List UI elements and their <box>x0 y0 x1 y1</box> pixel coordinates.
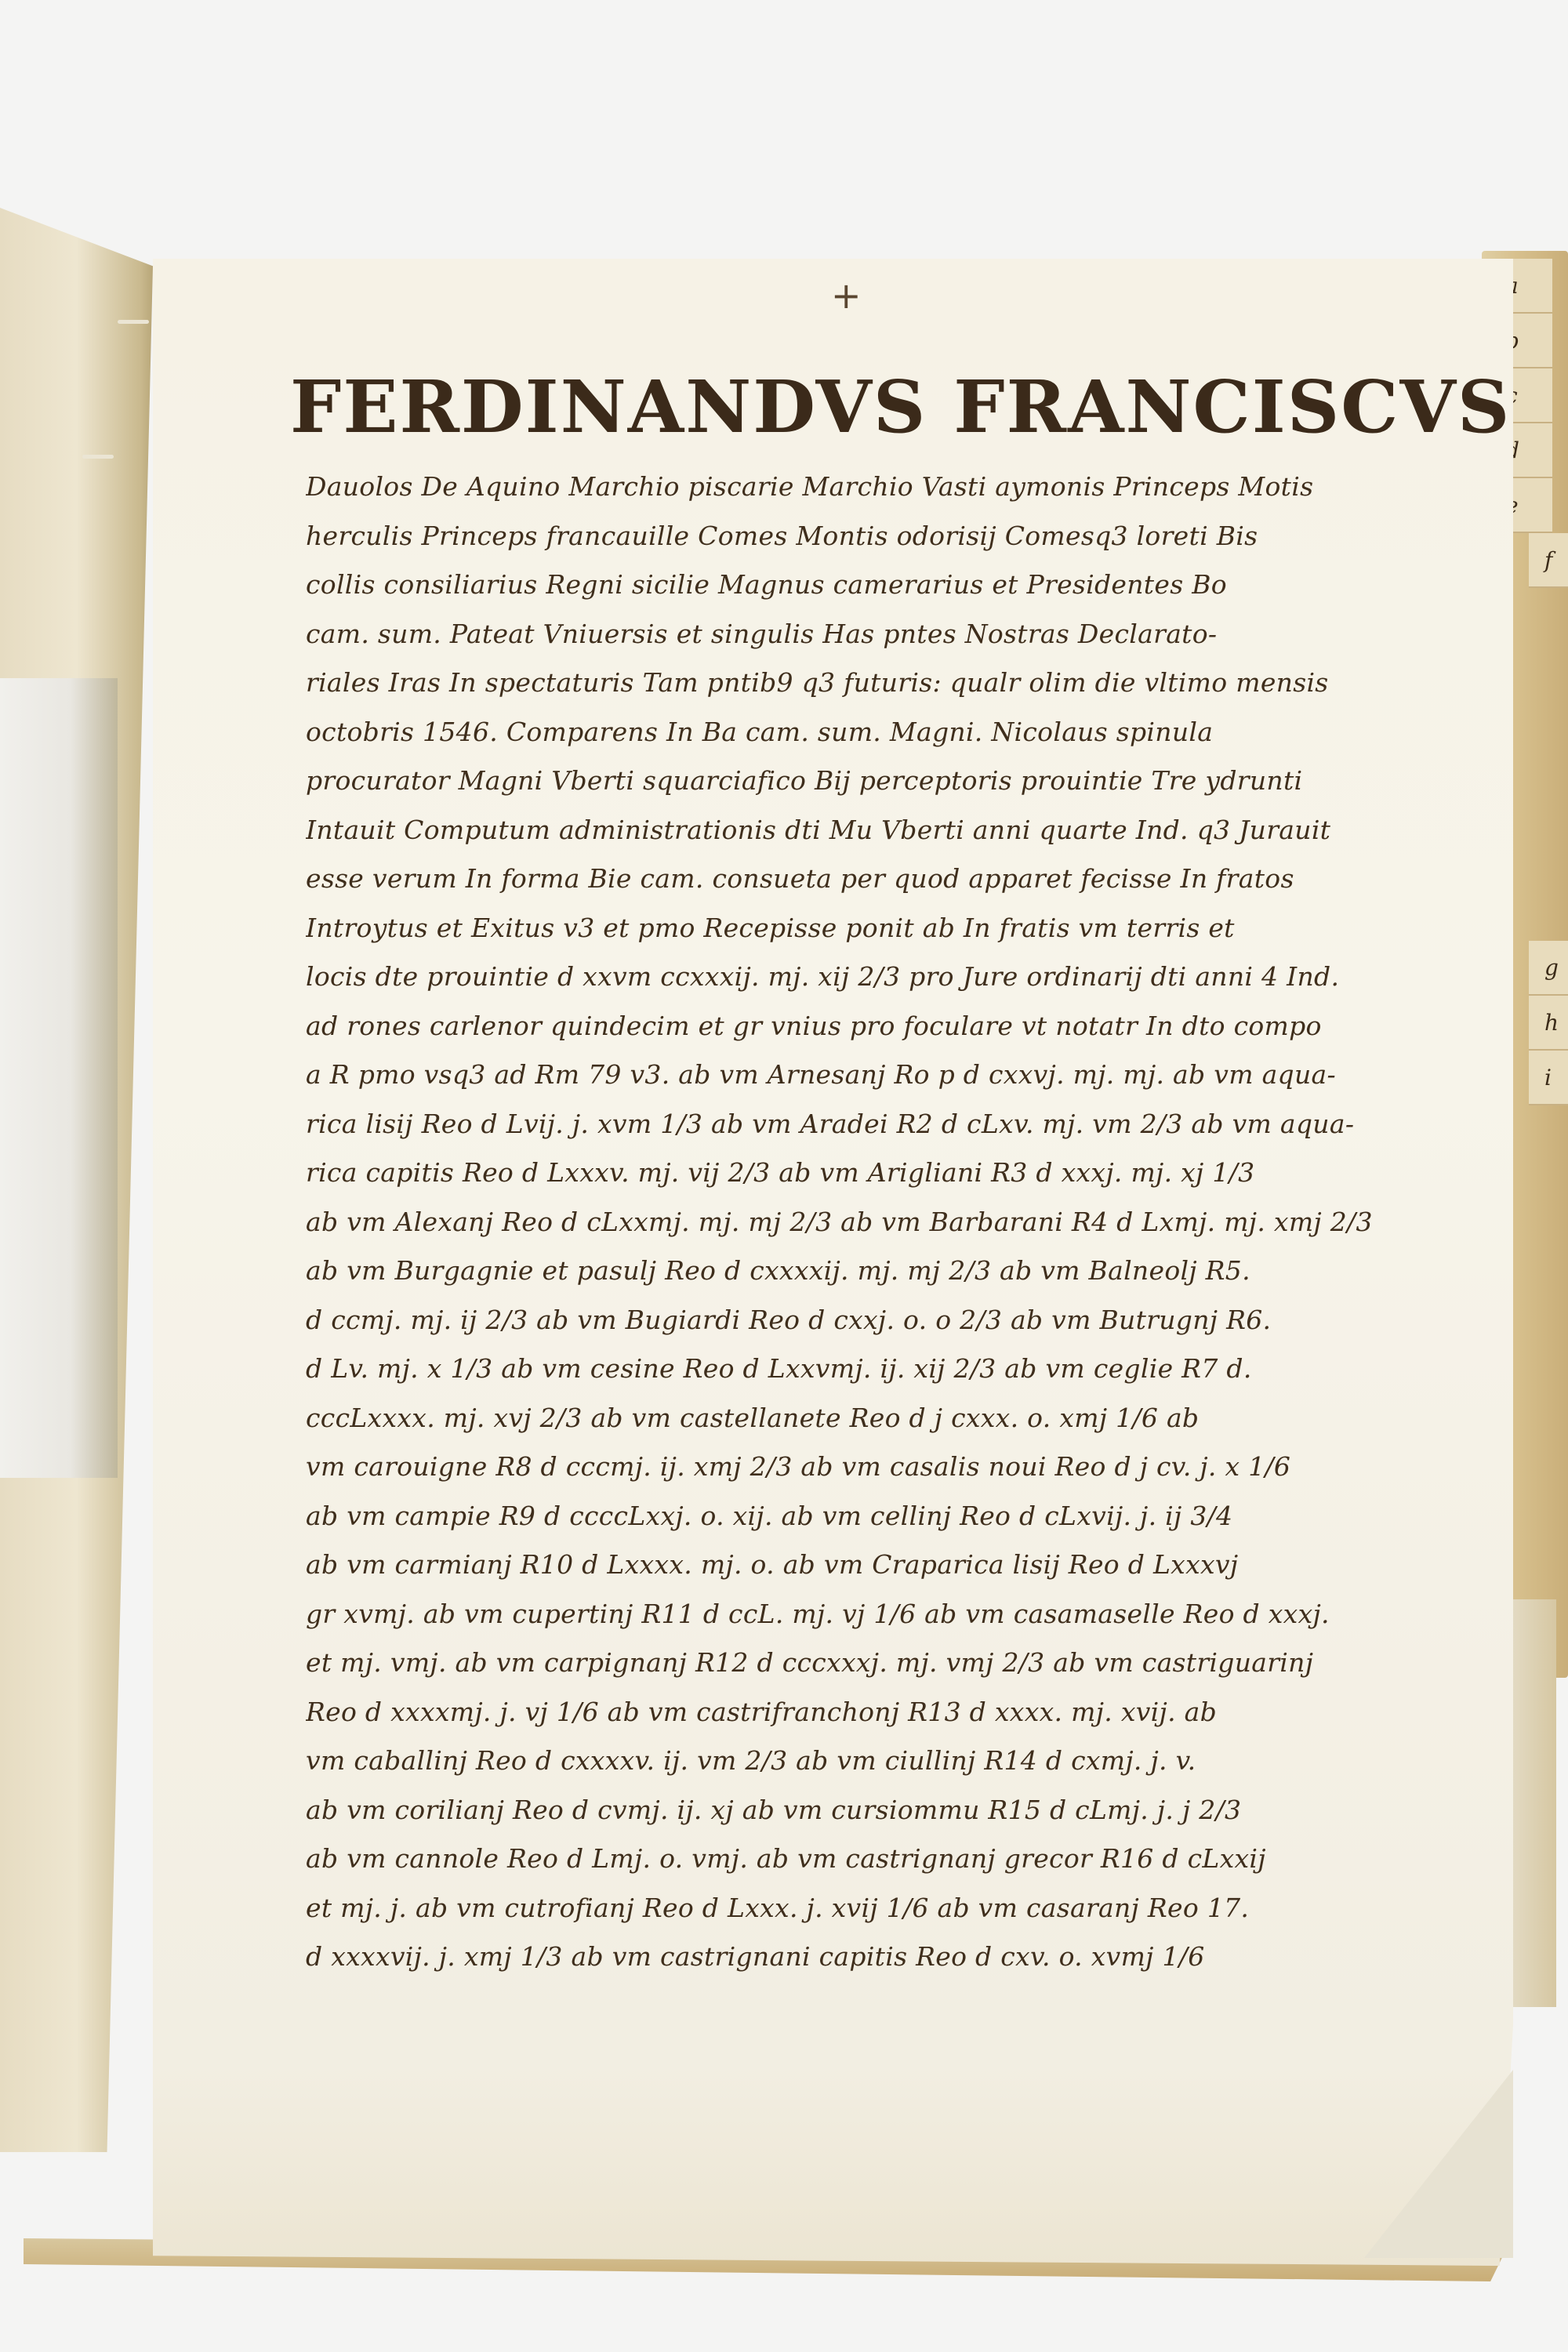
text-line: ab vm campie R9 d ccccLxxj. o. xij. ab v… <box>306 1492 1427 1541</box>
text-line: collis consiliarius Regni sicilie Magnus… <box>306 561 1427 610</box>
binding-thread <box>82 455 114 459</box>
text-line: et mj. j. ab vm cutrofianj Reo d Lxxx. j… <box>306 1884 1427 1933</box>
text-line: herculis Princeps francauille Comes Mont… <box>306 512 1427 561</box>
text-line: Dauolos De Aquino Marchio piscarie March… <box>306 463 1427 512</box>
document-title: FERDINANDVS FRANCISCVS <box>290 365 1511 449</box>
leaf-tab[interactable]: i <box>1529 1051 1568 1105</box>
leaf-tab[interactable]: g <box>1529 941 1568 996</box>
text-line: rica lisij Reo d Lvij. j. xvm 1/3 ab vm … <box>306 1100 1427 1149</box>
text-line: vm caballinj Reo d cxxxxv. ij. vm 2/3 ab… <box>306 1737 1427 1786</box>
leaf-tab[interactable]: h <box>1529 996 1568 1051</box>
binding-thread <box>118 320 149 324</box>
text-line: ab vm Alexanj Reo d cLxxmj. mj. mj 2/3 a… <box>306 1198 1427 1247</box>
text-line: ad rones carlenor quindecim et gr vnius … <box>306 1002 1427 1051</box>
text-line: ab vm cannole Reo d Lmj. o. vmj. ab vm c… <box>306 1835 1427 1884</box>
left-cover-binding <box>0 208 153 2152</box>
text-line: cccLxxxx. mj. xvj 2/3 ab vm castellanete… <box>306 1394 1427 1443</box>
text-line: Reo d xxxxmj. j. vj 1/6 ab vm castrifran… <box>306 1688 1427 1737</box>
text-line: ab vm Burgagnie et pasulj Reo d cxxxxij.… <box>306 1247 1427 1296</box>
text-line: riales Iras In spectaturis Tam pntib9 q3… <box>306 659 1427 708</box>
text-line: cam. sum. Pateat Vniuersis et singulis H… <box>306 610 1427 659</box>
text-line: octobris 1546. Comparens In Ba cam. sum.… <box>306 708 1427 757</box>
text-line: ab vm corilianj Reo d cvmj. ij. xj ab vm… <box>306 1786 1427 1835</box>
text-line: rica capitis Reo d Lxxxv. mj. vij 2/3 ab… <box>306 1149 1427 1198</box>
manuscript-text: Dauolos De Aquino Marchio piscarie March… <box>306 463 1427 1982</box>
text-line: esse verum In forma Bie cam. consueta pe… <box>306 855 1427 904</box>
text-line: et mj. vmj. ab vm carpignanj R12 d cccxx… <box>306 1639 1427 1688</box>
text-line: d ccmj. mj. ij 2/3 ab vm Bugiardi Reo d … <box>306 1296 1427 1345</box>
text-line: gr xvmj. ab vm cupertinj R11 d ccL. mj. … <box>306 1590 1427 1639</box>
text-line: a R pmo vsq3 ad Rm 79 v3. ab vm Arnesanj… <box>306 1051 1427 1100</box>
text-line: Intauit Computum administrationis dti Mu… <box>306 806 1427 855</box>
text-line: procurator Magni Vberti squarciafico Bij… <box>306 757 1427 806</box>
protective-tissue <box>0 678 118 1478</box>
text-line: Introytus et Exitus v3 et pmo Recepisse … <box>306 904 1427 953</box>
text-line: locis dte prouintie d xxvm ccxxxij. mj. … <box>306 953 1427 1002</box>
text-line: ab vm carmianj R10 d Lxxxx. mj. o. ab vm… <box>306 1541 1427 1590</box>
text-line: vm carouigne R8 d cccmj. ij. xmj 2/3 ab … <box>306 1443 1427 1492</box>
cross-mark: + <box>831 274 862 317</box>
text-line: d xxxxvij. j. xmj 1/3 ab vm castrignani … <box>306 1933 1427 1982</box>
leaf-tab[interactable]: f <box>1529 533 1568 588</box>
text-line: d Lv. mj. x 1/3 ab vm cesine Reo d Lxxvm… <box>306 1345 1427 1394</box>
